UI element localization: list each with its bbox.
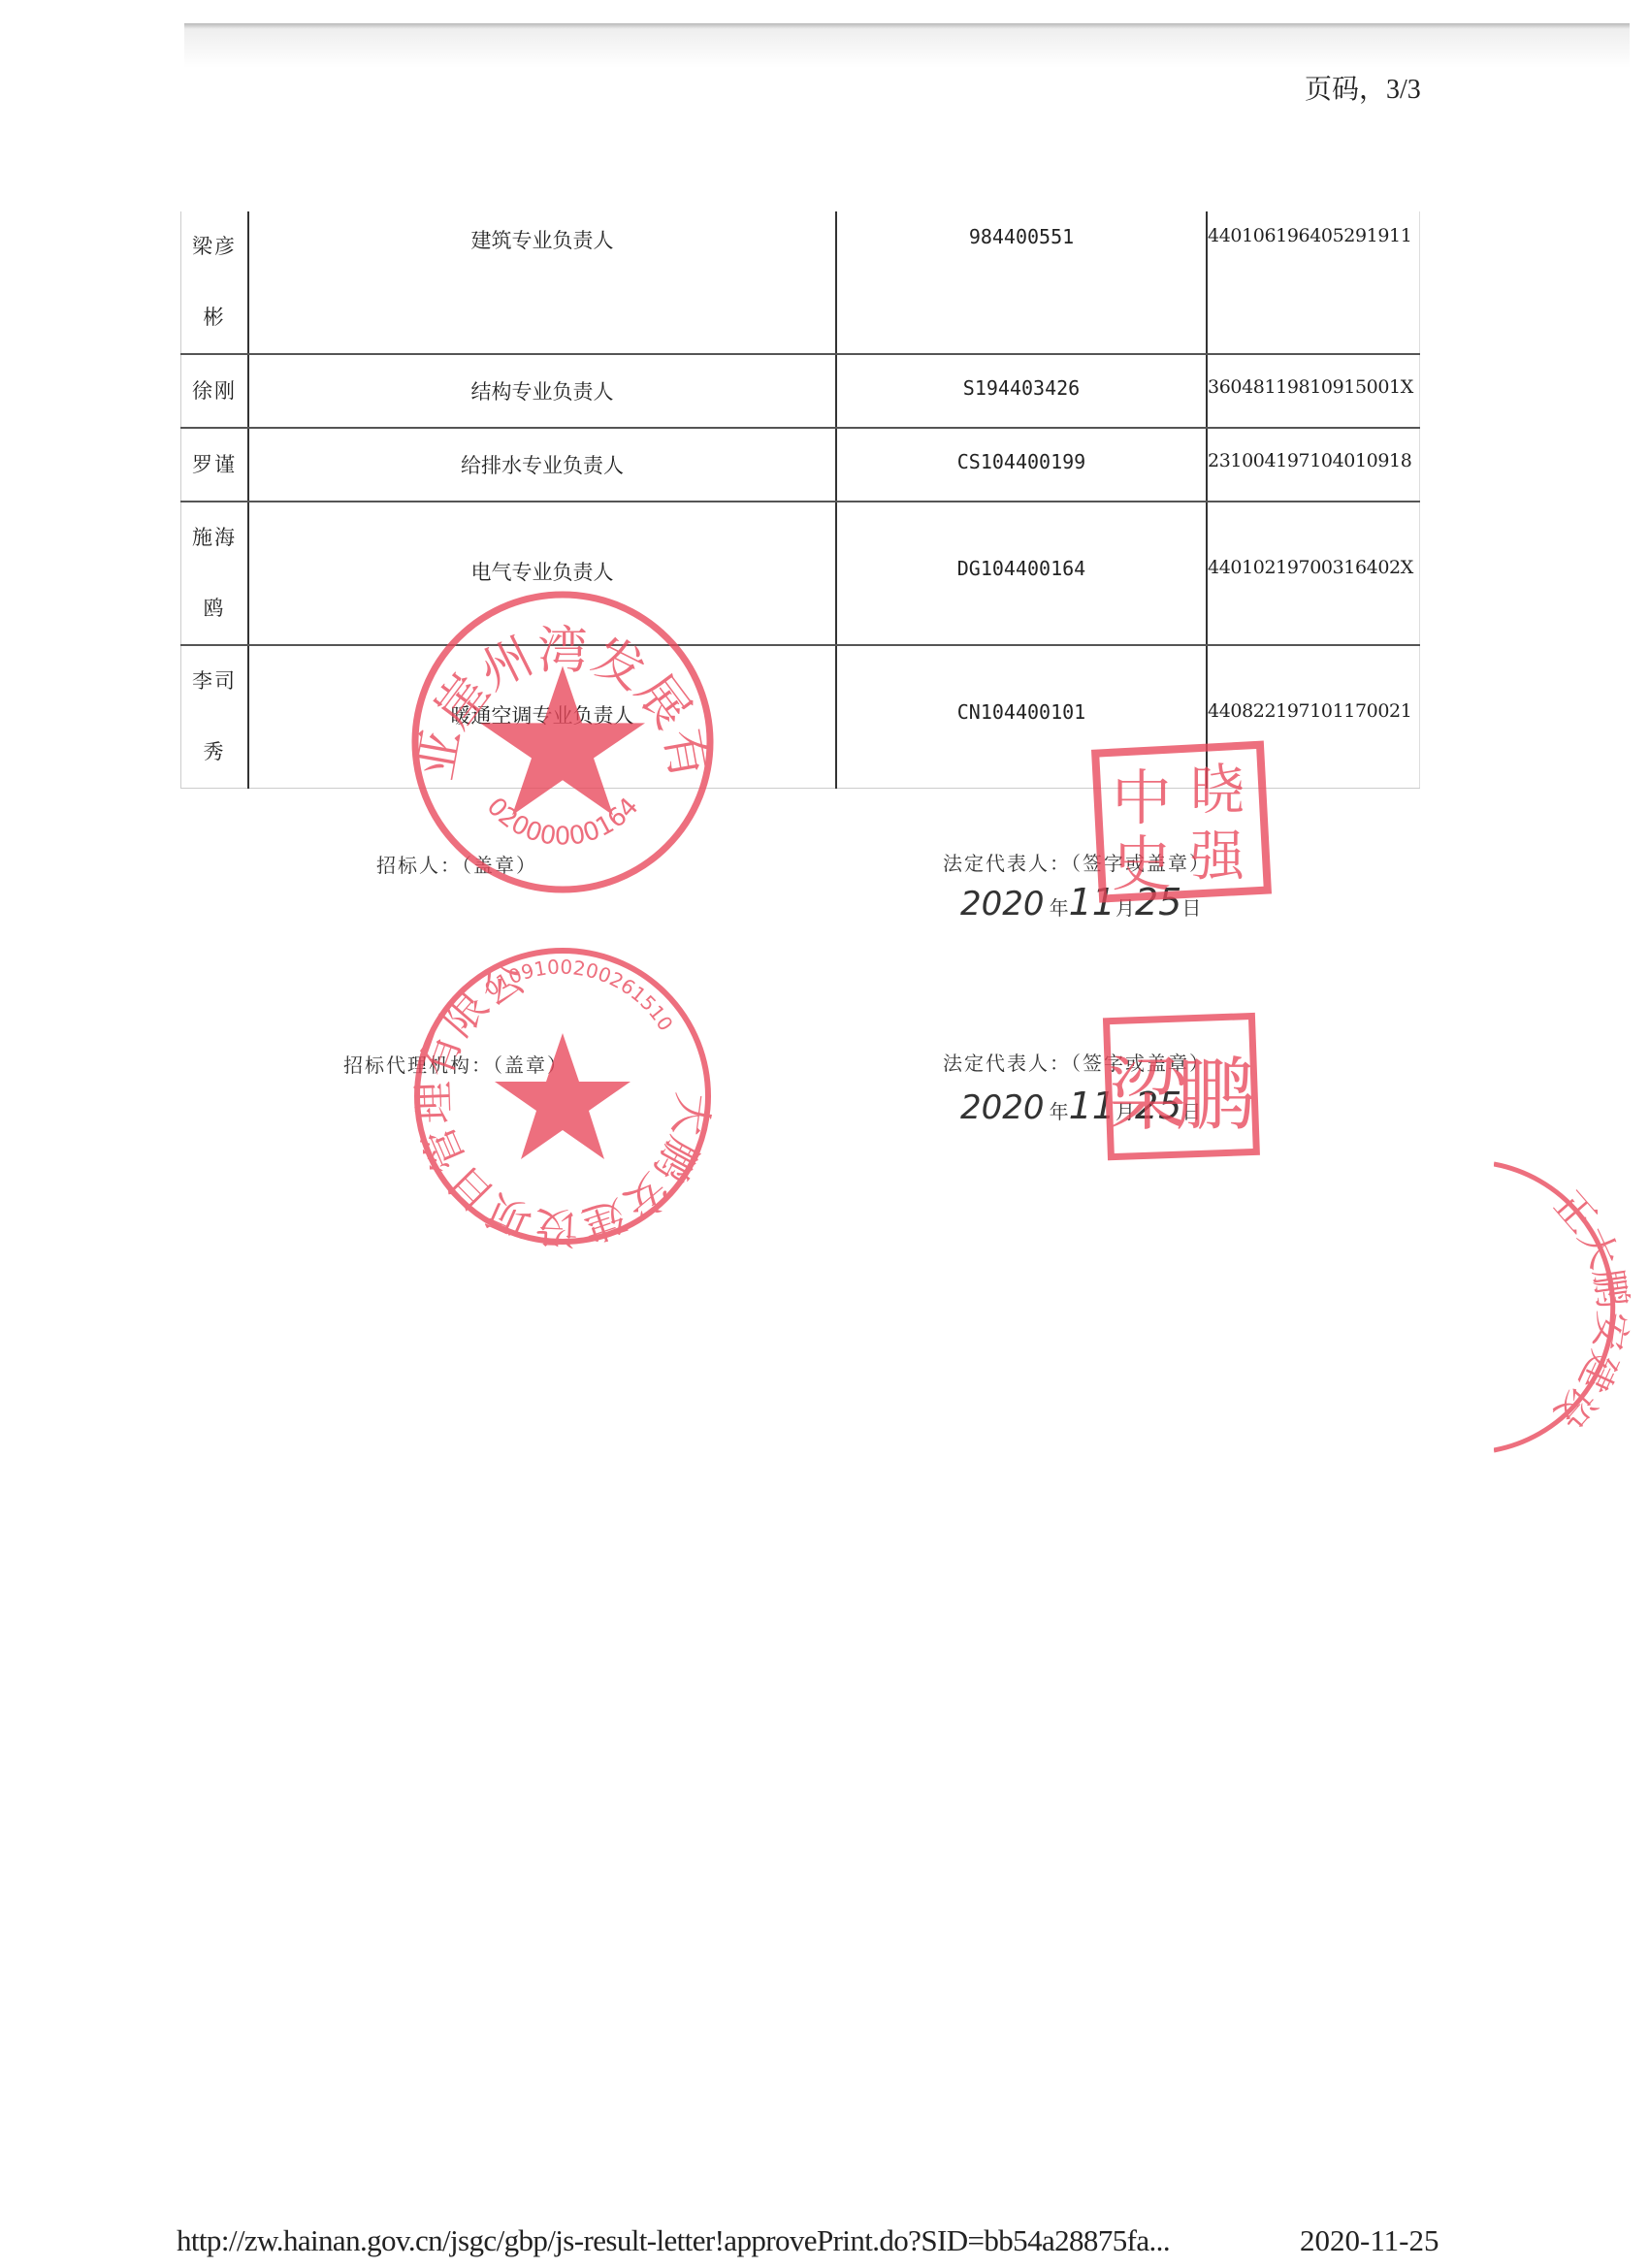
table-row: 罗谨给排水专业负责人CS104400199231004197104010918 bbox=[181, 428, 1420, 502]
date-month: 11 bbox=[1069, 1085, 1115, 1127]
date-day: 25 bbox=[1135, 881, 1181, 923]
table-row: 徐刚结构专业负责人S19440342636048119810915001X bbox=[181, 354, 1420, 428]
source-url: http://zw.hainan.gov.cn/jsgc/gbp/js-resu… bbox=[177, 2223, 1170, 2258]
certificate-number: CN104400101 bbox=[836, 645, 1207, 789]
table-row: 施海鸥电气专业负责人DG10440016444010219700316402X bbox=[181, 502, 1420, 645]
svg-text:正大鹏安建设: 正大鹏安建设 bbox=[1545, 1183, 1634, 1437]
scan-shadow bbox=[184, 29, 1630, 68]
person-name: 梁彦彬 bbox=[181, 211, 249, 354]
agency-legal-rep-label: 法定代表人：（签字或盖章） bbox=[943, 1048, 1211, 1076]
date-year: 2020 bbox=[960, 885, 1045, 923]
certificate-number: 984400551 bbox=[836, 211, 1207, 354]
svg-text:正大鹏安建设项目管理有限公司: 正大鹏安建设项目管理有限公司 bbox=[403, 936, 718, 1252]
id-number: 44010219700316402X bbox=[1207, 502, 1420, 645]
job-role: 结构专业负责人 bbox=[248, 354, 836, 428]
agency-company-stamp: 正大鹏安建设项目管理有限公司 0109100200261510 bbox=[403, 936, 723, 1256]
page-number: 页码，3/3 bbox=[1305, 68, 1421, 107]
person-name: 徐刚 bbox=[181, 354, 249, 428]
job-role: 建筑专业负责人 bbox=[248, 211, 836, 354]
person-name: 施海鸥 bbox=[181, 502, 249, 645]
print-date: 2020-11-25 bbox=[1300, 2223, 1439, 2258]
tenderer-legal-rep-label: 法定代表人：（签字或盖章） bbox=[943, 848, 1211, 876]
certificate-number: S194403426 bbox=[836, 354, 1207, 428]
certificate-number: DG104400164 bbox=[836, 502, 1207, 645]
svg-text:0109100200261510: 0109100200261510 bbox=[480, 956, 677, 1035]
page-fold-edge bbox=[184, 23, 1630, 29]
staff-table: 梁彦彬建筑专业负责人984400551440106196405291911徐刚结… bbox=[180, 211, 1420, 789]
id-number: 440822197101170021 bbox=[1207, 645, 1420, 789]
job-role: 电气专业负责人 bbox=[248, 502, 836, 645]
table-row: 梁彦彬建筑专业负责人984400551440106196405291911 bbox=[181, 211, 1420, 354]
date-year: 2020 bbox=[960, 1088, 1045, 1127]
agency-sign-date: 2020 年11月25日 bbox=[960, 1085, 1201, 1127]
date-month: 11 bbox=[1069, 881, 1115, 923]
date-day: 25 bbox=[1135, 1085, 1181, 1127]
tenderer-seal-label: 招标人：（盖章） bbox=[376, 850, 537, 878]
edge-partial-stamp: 正大鹏安建设 bbox=[1494, 1154, 1649, 1465]
certificate-number: CS104400199 bbox=[836, 428, 1207, 502]
job-role: 给排水专业负责人 bbox=[248, 428, 836, 502]
id-number: 440106196405291911 bbox=[1207, 211, 1420, 354]
person-name: 李司秀 bbox=[181, 645, 249, 789]
job-role: 暖通空调专业负责人 bbox=[248, 645, 836, 789]
tenderer-sign-date: 2020 年11月25日 bbox=[960, 881, 1201, 923]
id-number: 231004197104010918 bbox=[1207, 428, 1420, 502]
id-number: 36048119810915001X bbox=[1207, 354, 1420, 428]
agency-seal-label: 招标代理机构：（盖章） bbox=[343, 1050, 568, 1078]
person-name: 罗谨 bbox=[181, 428, 249, 502]
table-row: 李司秀暖通空调专业负责人CN10440010144082219710117002… bbox=[181, 645, 1420, 789]
